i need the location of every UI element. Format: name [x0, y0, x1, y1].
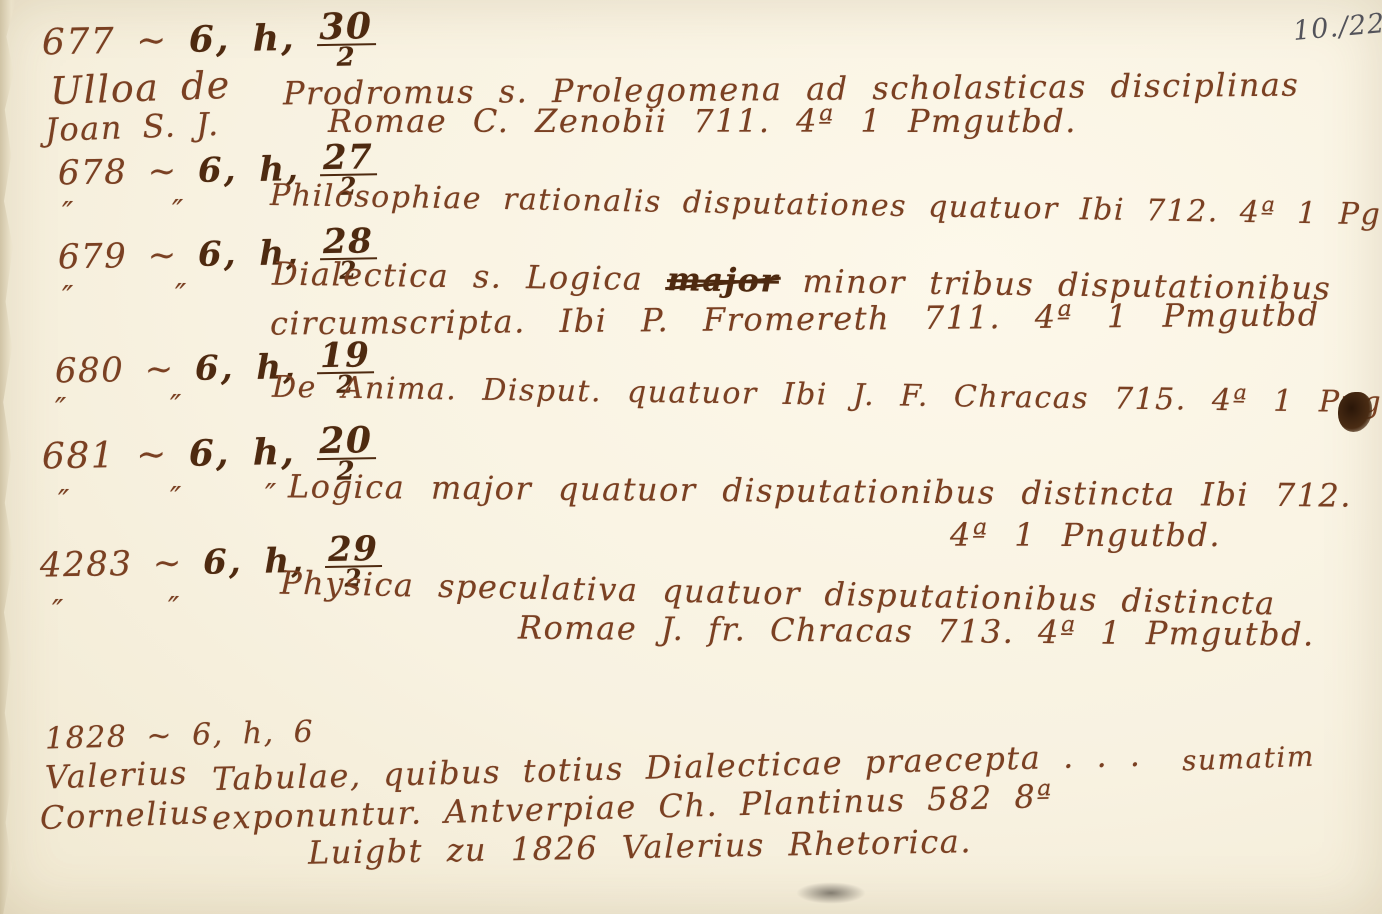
- ditto-mark: ″: [168, 591, 181, 626]
- shelf-series: 6, h, 6: [192, 714, 315, 752]
- entry-1828-shelfmark: 1828 ~ 6, h, 6: [45, 714, 315, 756]
- shelf-number: 681 ~: [42, 434, 169, 477]
- ditto-mark: ″: [265, 478, 278, 513]
- entry-681-title-line-2: 4ª 1 Pngutbd.: [950, 516, 1221, 554]
- entry-679-title-line-2: circumscripta. Ibi P. Fromereth 711. 4ª …: [270, 295, 1320, 342]
- shelf-number: 679 ~: [58, 235, 178, 277]
- ditto-mark: ″: [58, 484, 71, 519]
- ink-smudge: [796, 882, 866, 904]
- entry-1828-author-line-1: Valerius: [44, 754, 188, 797]
- manuscript-page: 10./22 677 ~ 6, h, 302 Ulloa de Prodromu…: [0, 0, 1382, 914]
- folio-number-pencil: 10./22: [1292, 8, 1382, 47]
- ditto-mark: ″: [62, 280, 75, 315]
- entry-681-title-line-1: Logica major quatuor disputationibus dis…: [288, 467, 1352, 514]
- entry-4283-title-line-2: Romae J. fr. Chracas 713. 4ª 1 Pmgutbd.: [518, 609, 1315, 654]
- entry-1828-title-line-1-end: sumatim: [1181, 740, 1315, 778]
- shelf-number: 678 ~: [58, 151, 178, 193]
- torn-paper-edge: [0, 0, 16, 914]
- ditto-mark: ″: [175, 278, 188, 313]
- ditto-mark: ″: [170, 481, 183, 516]
- shelf-number: 1828 ~: [45, 718, 174, 756]
- entry-677-author-line-2: Joan S. J.: [44, 105, 220, 149]
- shelf-number: 4283 ~: [40, 543, 184, 585]
- struck-word: major: [667, 260, 779, 300]
- shelf-series: 6, h,: [188, 17, 296, 61]
- ditto-mark: ″: [170, 389, 183, 424]
- shelf-number: 680 ~: [55, 349, 175, 391]
- shelf-fraction: 302: [316, 11, 376, 69]
- shelf-number: 677 ~: [42, 20, 169, 63]
- shelf-series: 6, h,: [188, 431, 296, 475]
- entry-680-title-line-1: De Anima. Disput. quatuor Ibi J. F. Chra…: [272, 370, 1382, 421]
- entry-678-title-line-1: Philosophiae rationalis disputationes qu…: [270, 178, 1382, 233]
- ink-blot: [1338, 392, 1372, 432]
- ditto-mark: ″: [172, 194, 185, 229]
- ditto-mark: ″: [62, 196, 75, 231]
- ditto-mark: ″: [55, 392, 68, 427]
- entry-677-title-line-2: Romae C. Zenobii 711. 4ª 1 Pmgutbd.: [328, 102, 1077, 140]
- ditto-mark: ″: [52, 594, 65, 629]
- entry-1828-author-line-2: Cornelius: [39, 793, 210, 837]
